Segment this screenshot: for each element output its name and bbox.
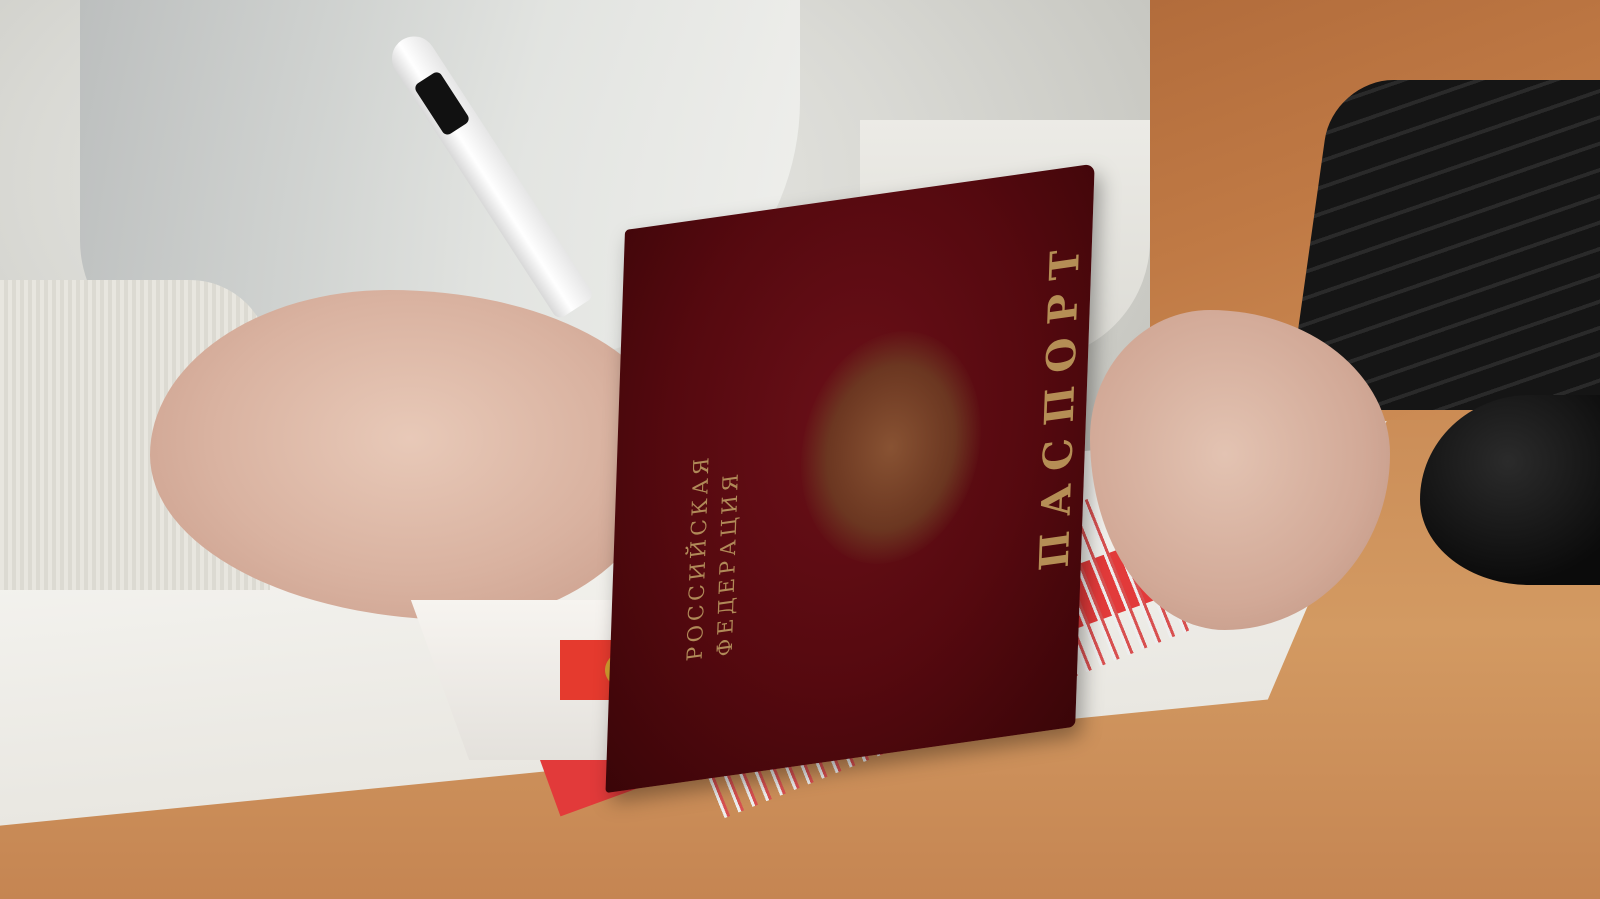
coat-of-arms-icon (797, 319, 985, 576)
passport-country-text: РОССИЙСКАЯ ФЕДЕРАЦИЯ (680, 352, 750, 662)
passport-title: ПАСПОРТ (1031, 232, 1090, 573)
passport-cover: РОССИЙСКАЯ ФЕДЕРАЦИЯ ПАСПОРТ (605, 164, 1094, 794)
computer-mouse (1420, 395, 1600, 585)
right-hand (1090, 310, 1390, 630)
photo-scene: РОССИЙСКАЯ ФЕДЕРАЦИЯ ПАСПОРТ (0, 0, 1600, 899)
